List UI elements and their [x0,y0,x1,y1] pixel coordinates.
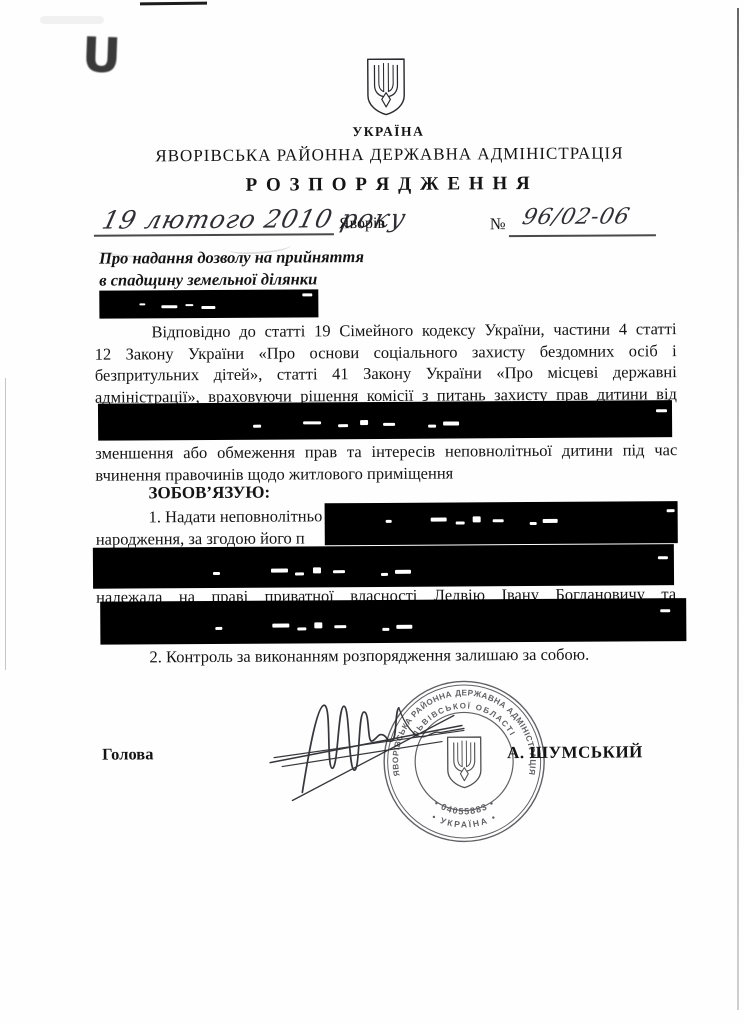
date-underline [94,233,334,236]
redaction-bar [93,544,674,589]
redaction-bar [99,289,318,318]
redaction-bar [98,400,672,441]
number-underline [509,234,656,236]
city-name: Яворів [339,215,385,233]
obligation-heading: ЗОБОВ’ЯЗУЮ: [148,483,270,504]
ukraine-trident-emblem [365,57,407,117]
subject-title-line2: в спадщину земельної ділянки [99,269,317,290]
number-label: № [490,214,506,234]
redaction-bar [325,501,678,545]
administration-name: ЯВОРІВСЬКА РАЙОННА ДЕРЖАВНА АДМІНІСТРАЦІ… [59,143,719,167]
redaction-bar [100,598,686,645]
text-line: зменшення або обмеження прав та інтересі… [95,439,677,464]
item2-line: 2. Контроль за виконанням розпорядження … [96,643,678,668]
document-type-heading: Р О З П О Р Я Д Ж Е Н Н Я [189,173,589,197]
text-line: вчинення правочинів щодо житлового примі… [95,461,677,486]
country-name: УКРАЇНА [288,123,488,140]
signature [264,682,505,813]
text-line: безпритульних дітей», статті 41 Закону У… [95,361,677,386]
scanned-document-page: U УКРАЇНА ЯВОРІВСЬКА РАЙОННА ДЕРЖАВНА АД… [0,0,744,1024]
signer-position: Голова [102,744,153,764]
subject-title-line1: Про надання дозволу на прийняття [99,247,364,269]
paragraph-legal-basis: Відповідно до статті 19 Сімейного кодекс… [94,318,677,408]
handwritten-number: 96/02-06 [523,204,630,230]
signer-name: А. ШУМСЬКИЙ [507,742,643,763]
text-line: Відповідно до статті 19 Сімейного кодекс… [94,318,676,343]
paragraph-protection: зменшення або обмеження прав та інтересі… [95,439,677,486]
